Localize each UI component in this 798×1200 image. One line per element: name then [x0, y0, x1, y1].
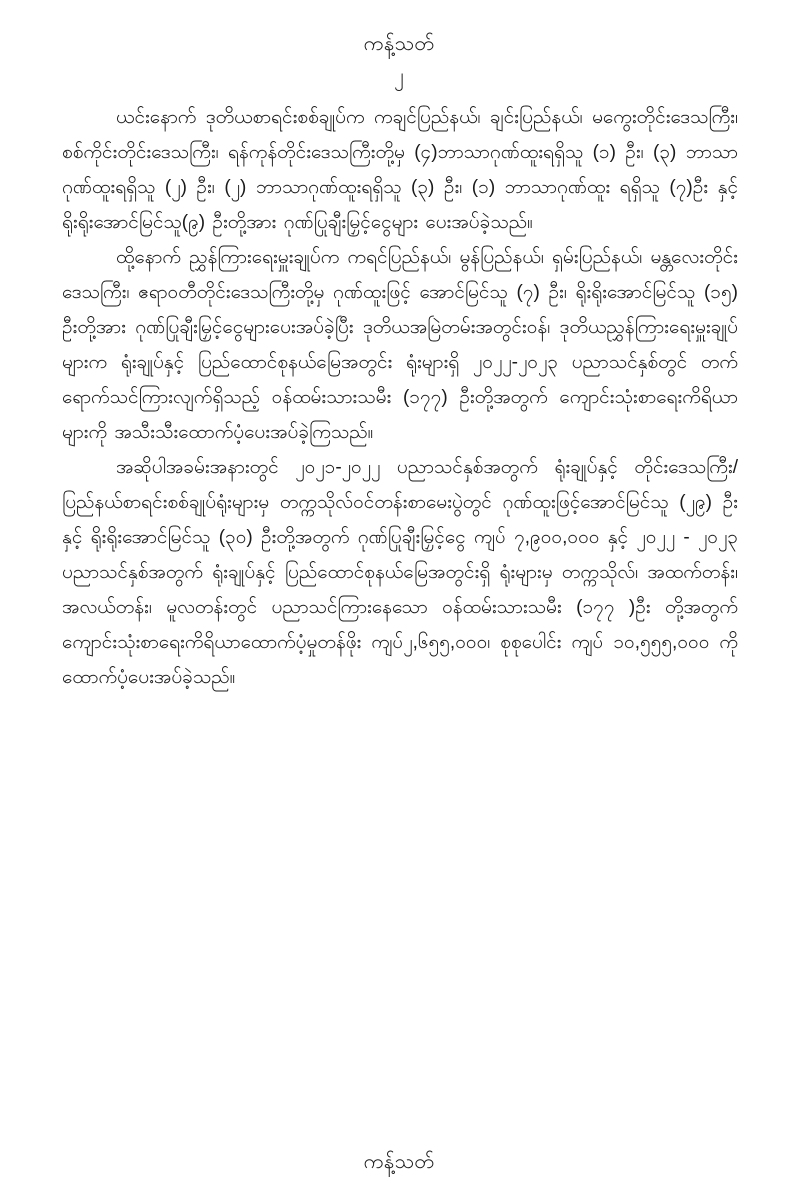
- body-paragraph-1: ယင်းနောက် ဒုတိယစာရင်းစစ်ချုပ်က ကချင်ပြည်…: [62, 100, 738, 240]
- document-page: ကန့်သတ် ၂ ယင်းနောက် ဒုတိယစာရင်းစစ်ချုပ်က…: [0, 0, 798, 1200]
- document-body: ယင်းနောက် ဒုတိယစာရင်းစစ်ချုပ်က ကချင်ပြည်…: [62, 100, 738, 695]
- body-paragraph-2: ထို့နောက် ညွှန်ကြားရေးမှူးချုပ်က ကရင်ပြည…: [62, 240, 738, 450]
- body-paragraph-3: အဆိုပါအခမ်းအနားတွင် ၂၀၂၁-၂၀၂၂ ပညာသင်နှစ်…: [62, 450, 738, 695]
- classification-header: ကန့်သတ်: [0, 30, 798, 60]
- page-number: ၂: [0, 62, 798, 92]
- classification-footer: ကန့်သတ်: [0, 1148, 798, 1178]
